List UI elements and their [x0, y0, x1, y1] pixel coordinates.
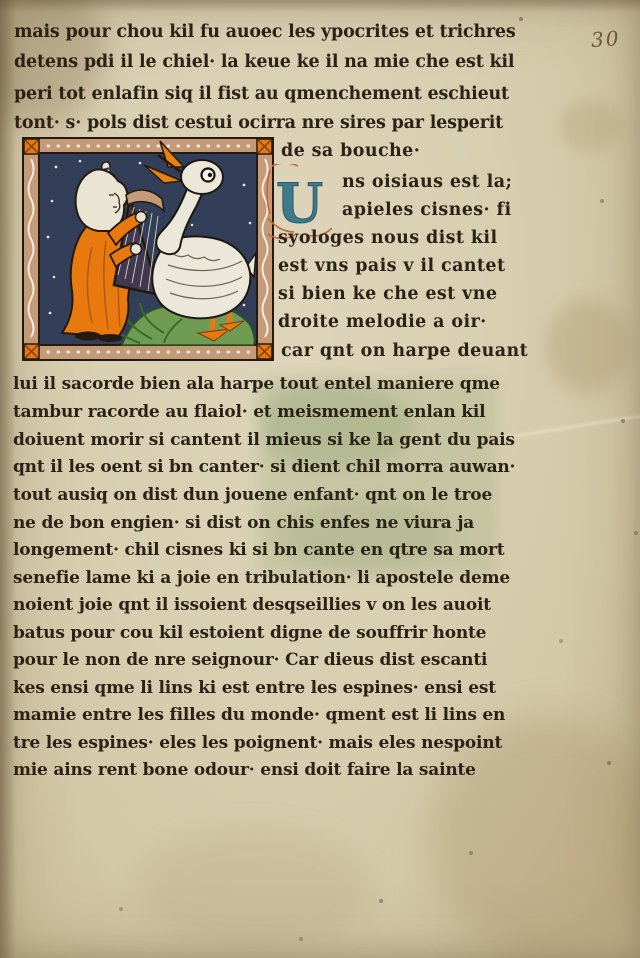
text-line: de sa bouche·: [281, 141, 420, 161]
text-line: kes ensi qme li lins ki est entre les es…: [13, 678, 496, 698]
text-line: ns oisiaus est la;: [342, 172, 512, 192]
shoe: [75, 332, 101, 341]
text-line: mamie entre les filles du monde· qment e…: [13, 705, 505, 725]
stain: [545, 298, 629, 394]
text-line: batus pour cou kil estoient digne de sou…: [13, 623, 486, 643]
text-line: ne de bon engien· si dist on chis enfes …: [13, 513, 474, 533]
stain: [558, 100, 622, 152]
miniature-harpist-and-swan: [22, 137, 274, 361]
shoe: [98, 334, 122, 342]
text-line: droite melodie a oir·: [278, 312, 487, 332]
text-line: tout ausiq on dist dun jouene enfant· qn…: [13, 485, 492, 505]
text-line: mie ains rent bone odour· ensi doit fair…: [13, 760, 476, 780]
stain: [278, 498, 448, 572]
text-line: si bien ke che est vne: [278, 284, 497, 304]
page-edge-shadow: [0, 0, 16, 958]
hand: [136, 212, 147, 223]
text-line: senefie lame ki a joie en tribulation· l…: [13, 568, 510, 588]
stain: [264, 384, 414, 468]
initial-letter: U: [276, 171, 323, 235]
hand: [131, 244, 142, 255]
text-line: tont· s· pols dist cestui ocirra nre sir…: [14, 113, 503, 133]
text-line: car qnt on harpe deuant: [281, 341, 528, 361]
text-line: lui il sacorde bien ala harpe tout entel…: [13, 374, 500, 394]
text-line: doiuent morir si cantent il mieus si ke …: [13, 430, 515, 450]
text-line: syologes nous dist kil: [278, 228, 498, 248]
manuscript-page: 30 mais pour chou kil fu auoec les ypocr…: [0, 0, 640, 958]
stain: [140, 828, 370, 950]
text-line: apieles cisnes· fi: [342, 200, 512, 220]
text-line: pour le non de nre seignour· Car dieus d…: [13, 650, 487, 670]
text-line: est vns pais v il cantet: [278, 256, 505, 276]
text-line: tambur racorde au flaiol· et meismement …: [13, 402, 485, 422]
folio-number: 30: [590, 26, 621, 52]
text-line: mais pour chou kil fu auoec les ypocrite…: [14, 22, 515, 42]
ink-specks: [0, 0, 2, 2]
text-line: longement· chil cisnes ki si bn cante en…: [13, 540, 504, 560]
crease-line: [501, 413, 640, 439]
text-line: tre les espines· eles les poignent· mais…: [13, 733, 502, 753]
text-line: qnt il les oent si bn canter· si dient c…: [13, 457, 515, 477]
page-edge-shadow: [0, 0, 640, 12]
text-line: detens pdi il le chiel· la keue ke il na…: [14, 52, 514, 72]
text-line: peri tot enlafin siq il fist au qmenchem…: [14, 84, 509, 104]
text-line: noient joie qnt il issoient desqseillies…: [13, 595, 491, 615]
